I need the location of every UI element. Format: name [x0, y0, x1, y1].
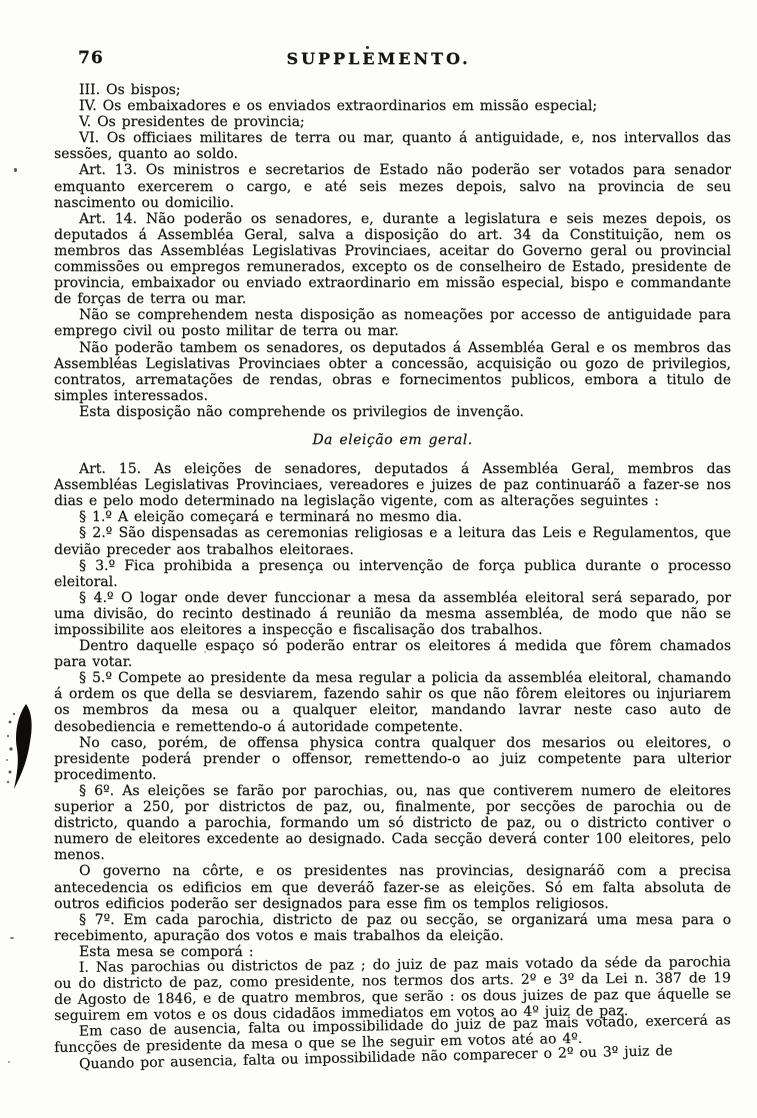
paragraph: Art. 13. Os ministros e secretarios de E…: [54, 162, 731, 210]
paragraph: IV. Os embaixadores e os enviados extrao…: [54, 98, 731, 114]
paragraph: § 3.º Fica prohibida a presença ou inter…: [54, 558, 731, 590]
paragraph: Art. 15. As eleições de senadores, deput…: [54, 461, 731, 509]
paragraph: § 4.º O logar onde dever funccionar a me…: [54, 590, 731, 638]
paragraph: O governo na côrte, e os presidentes nas…: [54, 863, 731, 911]
paragraph: Dentro daquelle espaço só poderão entrar…: [54, 638, 731, 670]
ink-speck: [8, 1061, 10, 1063]
paragraph: Art. 14. Não poderão os senadores, e, du…: [54, 211, 731, 308]
paragraph: V. Os presidentes de provincia;: [54, 114, 731, 130]
ink-speck: [457, 1058, 459, 1061]
paragraph: § 6º. As eleições se farão por parochias…: [54, 783, 731, 863]
page-title: SUPPLEMENTO.: [0, 49, 757, 68]
document-body: III. Os bispos;IV. Os embaixadores e os …: [54, 82, 731, 1073]
paragraph: III. Os bispos;: [54, 82, 731, 98]
paragraph: No caso, porém, de offensa physica contr…: [54, 735, 731, 783]
ink-speck: [14, 168, 17, 172]
ink-speck: [366, 46, 369, 49]
paragraph: Esta disposição não comprehende os privi…: [54, 404, 731, 420]
paragraph: § 2.º São dispensadas as ceremonias reli…: [54, 525, 731, 557]
ink-speck: [204, 651, 206, 653]
ink-blot-artifact: [5, 702, 35, 792]
paragraph: Não se comprehendem nesta disposição as …: [54, 307, 731, 339]
paragraph: § 7º. Em cada parochia, districto de paz…: [54, 912, 731, 944]
paragraph: § 1.º A eleição começará e terminará no …: [54, 509, 731, 525]
ink-speck: [10, 937, 14, 939]
running-head: 76 SUPPLEMENTO.: [0, 48, 757, 72]
scanned-document-page: 76 SUPPLEMENTO. III. Os bispos;IV. Os em…: [0, 0, 757, 1118]
section-heading: Da eleição em geral.: [54, 420, 731, 461]
paragraph: § 5.º Compete ao presidente da mesa regu…: [54, 670, 731, 734]
paragraph: VI. Os officiaes militares de terra ou m…: [54, 130, 731, 162]
paragraph: Não poderão tambem os senadores, os depu…: [54, 340, 731, 404]
